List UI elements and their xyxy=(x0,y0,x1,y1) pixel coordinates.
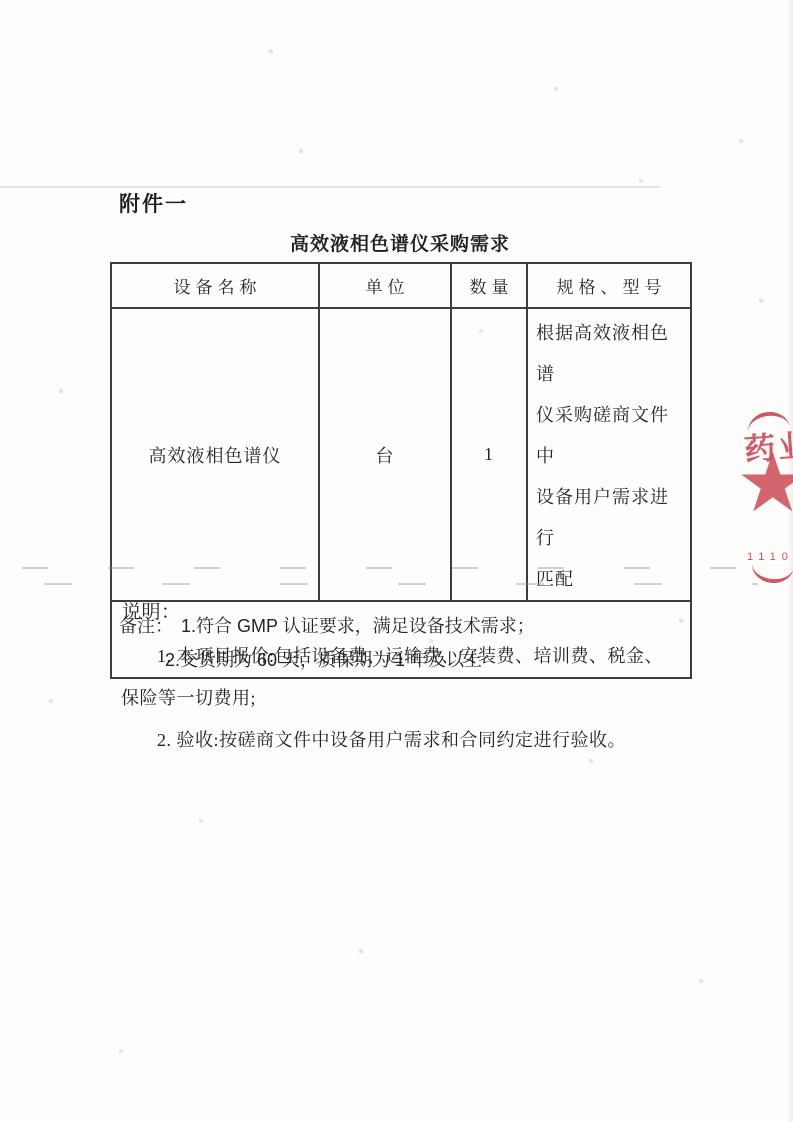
cell-spec-model: 根据高效液相色谱 仪采购磋商文件中 设备用户需求进行 匹配 xyxy=(527,308,691,601)
stamp-digits: 1110 xyxy=(747,551,793,563)
remarks-line-1: 备注：1.符合 GMP 认证要求，满足设备技术需求； xyxy=(119,609,686,643)
procurement-table: 设备名称 单位 数量 规格、型号 高效液相色谱仪 台 1 根据高效液相色谱 仪采… xyxy=(110,262,692,679)
notes-heading: 说明： xyxy=(122,597,181,624)
scan-artifact-dashes-2 xyxy=(0,583,758,585)
attachment-label: 附件一 xyxy=(119,188,188,218)
scan-artifact-dashes-1 xyxy=(22,567,767,569)
table-header-row: 设备名称 单位 数量 规格、型号 xyxy=(111,263,691,308)
spec-line: 仪采购磋商文件中 xyxy=(536,395,684,477)
spec-line: 设备用户需求进行 xyxy=(536,477,684,559)
cell-quantity: 1 xyxy=(451,308,527,601)
scan-artifact-top-line xyxy=(0,186,660,188)
col-header-device-name: 设备名称 xyxy=(111,263,319,308)
col-header-spec-model: 规格、型号 xyxy=(527,263,691,308)
notes-line-2: 保险等一切费用; xyxy=(121,684,256,710)
table-row: 高效液相色谱仪 台 1 根据高效液相色谱 仪采购磋商文件中 设备用户需求进行 匹… xyxy=(111,308,691,601)
spec-line: 根据高效液相色谱 xyxy=(536,313,684,395)
notes-line-3: 2. 验收:按磋商文件中设备用户需求和合同约定进行验收。 xyxy=(157,726,626,752)
scan-noise-specks xyxy=(0,0,2,2)
col-header-quantity: 数量 xyxy=(451,263,527,308)
remarks-text-1: 1.符合 GMP 认证要求，满足设备技术需求； xyxy=(181,616,535,636)
col-header-unit: 单位 xyxy=(319,263,451,308)
stamp-arc-bottom xyxy=(750,563,793,585)
stamp-star-icon: ★ xyxy=(736,443,793,525)
notes-line-1: 1. 本项目报价:包括设备费、运输费、安装费、培训费、税金、 xyxy=(157,642,663,668)
red-stamp-partial: 药业 ★ 1110 xyxy=(734,405,793,585)
spec-line: 匹配 xyxy=(536,559,684,600)
cell-unit: 台 xyxy=(319,308,451,601)
document-title: 高效液相色谱仪采购需求 xyxy=(110,229,690,256)
cell-device-name: 高效液相色谱仪 xyxy=(111,308,319,601)
